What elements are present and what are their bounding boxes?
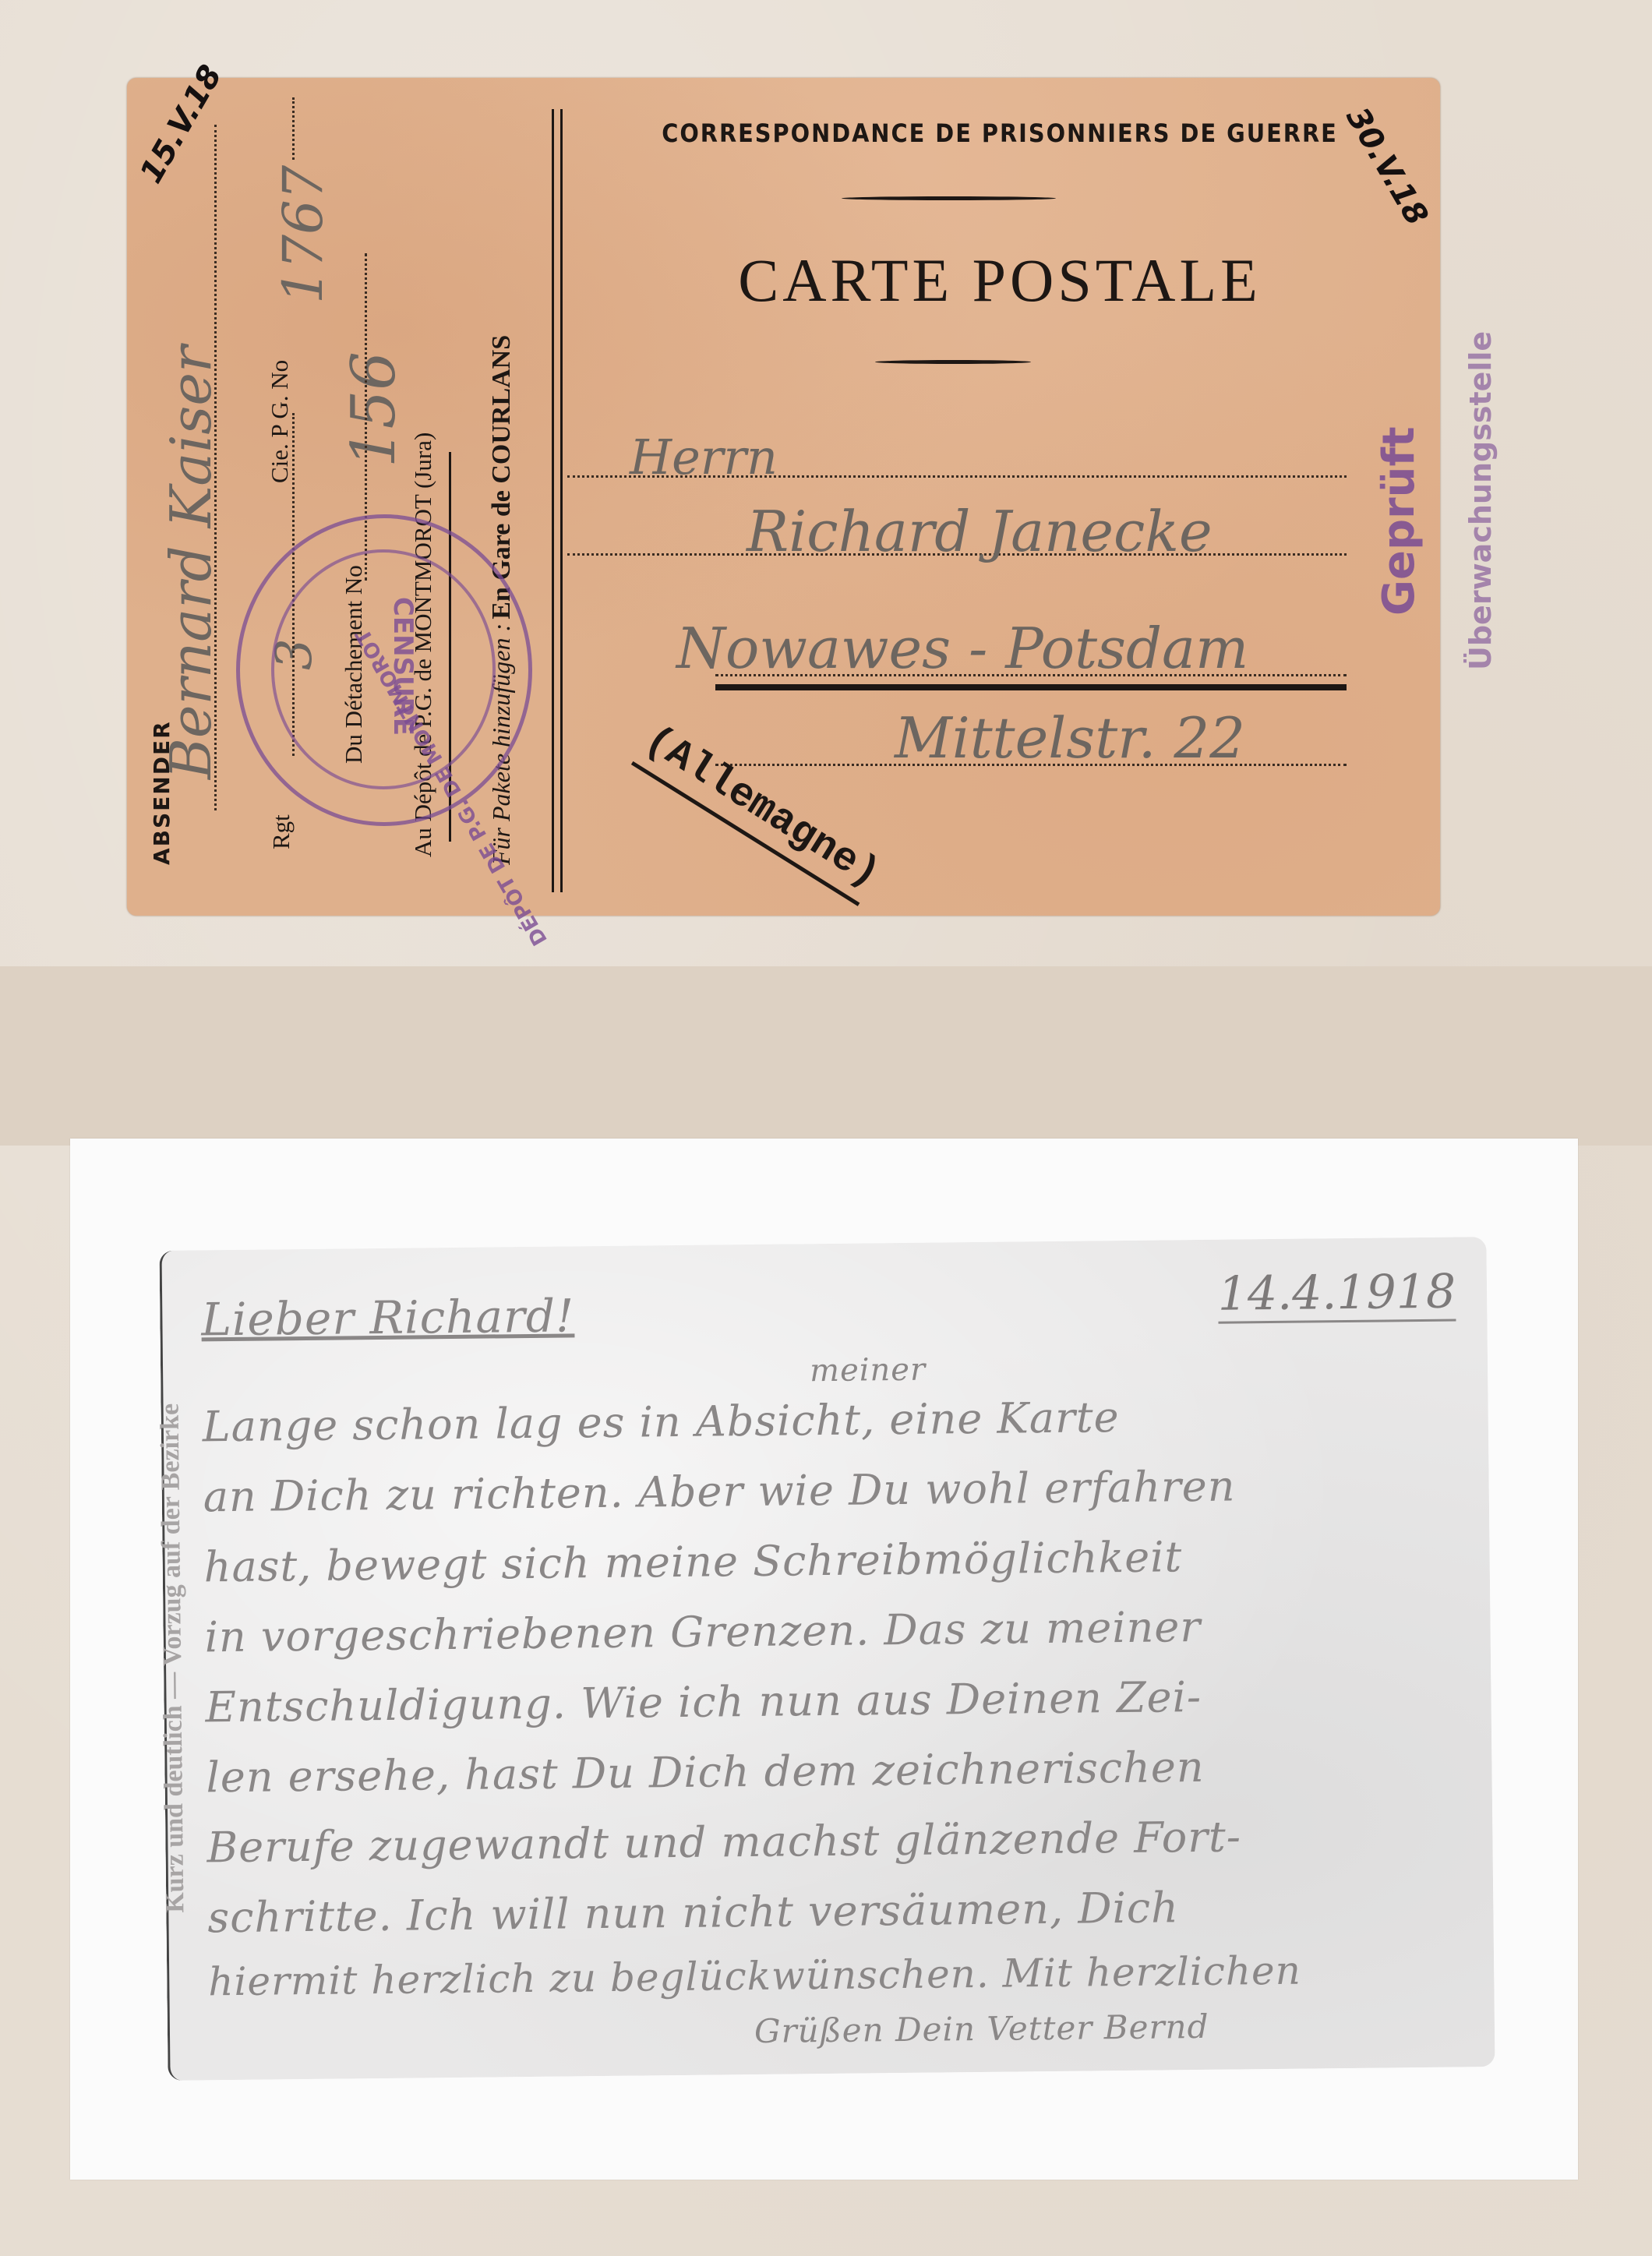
message-line: in vorgeschriebenen Grenzen. Das zu mein… bbox=[204, 1602, 1201, 1661]
detachment-number: 156 bbox=[339, 351, 409, 468]
censor-stamp-geprueft: Geprüft bbox=[1374, 426, 1424, 616]
message-line: len ersehe, hast Du Dich dem zeichnerisc… bbox=[206, 1742, 1205, 1802]
address-country: (Allemagne) bbox=[631, 717, 888, 906]
sender-name-handwritten: Bernard Kaiser bbox=[158, 346, 224, 779]
message-date: 14.4.1918 bbox=[1217, 1265, 1456, 1324]
sender-panel: 15.V.18 ABSENDER Bernard Kaiser Rgt 3 Ci… bbox=[127, 78, 559, 916]
message-line: Berufe zugewandt und machst glänzende Fo… bbox=[206, 1812, 1241, 1872]
card-header: CORRESPONDANCE DE PRISONNIERS DE GUERRE bbox=[559, 118, 1440, 148]
pg-number-value: 1767 bbox=[271, 165, 335, 304]
censor-stamp-office: Überwachungsstelle bbox=[1463, 331, 1498, 670]
company-pg-label: Cie. P G. No bbox=[266, 360, 294, 483]
regiment-label: Rgt bbox=[267, 814, 295, 849]
message-line: an Dich zu richten. Aber wie Du wohl erf… bbox=[203, 1462, 1235, 1522]
message-line: hast, bewegt sich meine Schreibmöglichke… bbox=[203, 1532, 1182, 1591]
pg-number-dotted-line bbox=[292, 97, 295, 160]
message-line: Lieber Richard! bbox=[201, 1289, 574, 1346]
message-line: meiner bbox=[810, 1352, 926, 1389]
address-street: Mittelstr. 22 bbox=[895, 705, 1245, 771]
address-panel: CORRESPONDANCE DE PRISONNIERS DE GUERRE … bbox=[559, 78, 1440, 916]
message-line: schritte. Ich will nun nicht versäumen, … bbox=[207, 1883, 1179, 1942]
address-salutation: Herrn bbox=[630, 429, 778, 485]
round-stamp-center-text: CENSURE bbox=[387, 597, 418, 736]
faded-printed-instructions: Kurz und deutlich — Vorzug auf der Bezir… bbox=[156, 1403, 191, 1913]
address-underline-bold bbox=[715, 684, 1347, 690]
address-city: Nowawes - Potsdam bbox=[676, 616, 1248, 681]
title-ornament-line bbox=[875, 360, 1031, 364]
header-ornament-line bbox=[842, 196, 1056, 200]
card-title: CARTE POSTALE bbox=[559, 245, 1440, 316]
pow-postcard-front: 15.V.18 ABSENDER Bernard Kaiser Rgt 3 Ci… bbox=[127, 78, 1440, 916]
message-line: Lange schon lag es in Absicht, eine Kart… bbox=[203, 1393, 1120, 1451]
album-page-band bbox=[0, 966, 1652, 1146]
message-line: Grüßen Dein Vetter Bernd bbox=[754, 2007, 1209, 2050]
photo-mount: 14.4.1918 Kurz und deutlich — Vorzug auf… bbox=[70, 1139, 1578, 2180]
message-line: Entschuldigung. Wie ich nun aus Deinen Z… bbox=[205, 1672, 1202, 1732]
address-name: Richard Janecke bbox=[747, 499, 1213, 564]
postcard-message-side: 14.4.1918 Kurz und deutlich — Vorzug auf… bbox=[159, 1237, 1495, 2081]
message-line: hiermit herzlich zu beglückwünschen. Mit… bbox=[208, 1948, 1301, 2005]
depot-censor-round-stamp: DÉPÔT DE P.G. DE MONTMOROT CENSURE bbox=[236, 514, 532, 826]
